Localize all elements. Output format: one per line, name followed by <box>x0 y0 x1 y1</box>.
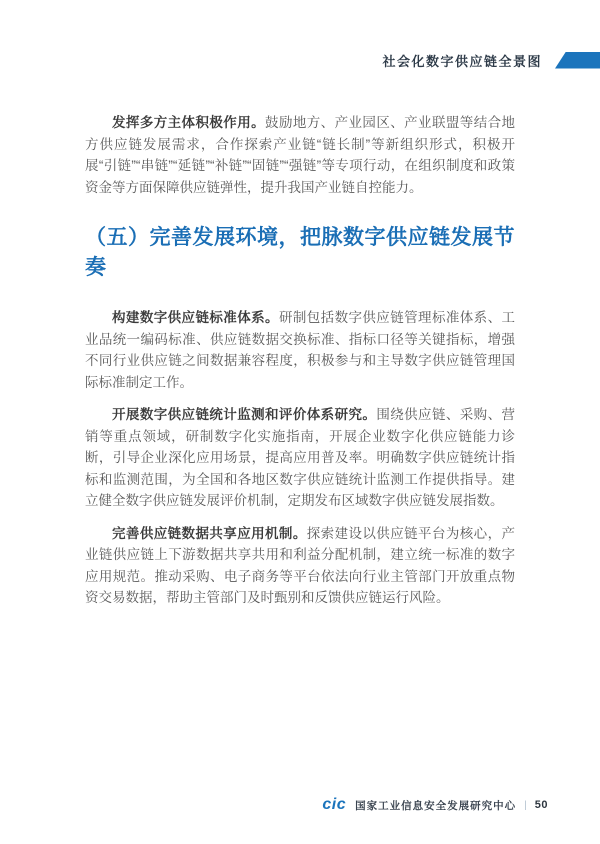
header-accent-flag <box>555 52 600 69</box>
paragraph-data-sharing-lead: 完善供应链数据共享应用机制。 <box>112 526 307 541</box>
intro-paragraph-lead: 发挥多方主体积极作用。 <box>112 115 265 130</box>
page-content: 发挥多方主体积极作用。鼓励地方、产业园区、产业联盟等结合地方供应链发展需求，合作… <box>85 112 515 620</box>
cic-logo: cic <box>322 797 346 813</box>
intro-paragraph: 发挥多方主体积极作用。鼓励地方、产业园区、产业联盟等结合地方供应链发展需求，合作… <box>85 112 515 198</box>
document-page: 社会化数字供应链全景图 发挥多方主体积极作用。鼓励地方、产业园区、产业联盟等结合… <box>0 0 600 844</box>
paragraph-standards: 构建数字供应链标准体系。研制包括数字供应链管理标准体系、工业品统一编码标准、供应… <box>85 307 515 393</box>
paragraph-data-sharing: 完善供应链数据共享应用机制。探索建设以供应链平台为核心，产业链供应链上下游数据共… <box>85 523 515 609</box>
page-header: 社会化数字供应链全景图 <box>0 45 600 75</box>
paragraph-standards-lead: 构建数字供应链标准体系。 <box>112 310 279 325</box>
page-footer: cic 国家工业信息安全发展研究中心 | 50 <box>322 797 548 813</box>
paragraph-monitoring-lead: 开展数字供应链统计监测和评价体系研究。 <box>112 407 376 422</box>
footer-organization-name: 国家工业信息安全发展研究中心 <box>355 798 516 813</box>
paragraph-monitoring-body: 围绕供应链、采购、营销等重点领域，研制数字化实施指南，开展企业数字化供应链能力诊… <box>85 407 515 508</box>
section-heading: （五）完善发展环境，把脉数字供应链发展节奏 <box>85 223 515 283</box>
page-number: 50 <box>535 799 548 811</box>
header-title: 社会化数字供应链全景图 <box>382 51 542 70</box>
footer-separator: | <box>524 800 527 811</box>
paragraph-monitoring: 开展数字供应链统计监测和评价体系研究。围绕供应链、采购、营销等重点领域，研制数字… <box>85 404 515 512</box>
